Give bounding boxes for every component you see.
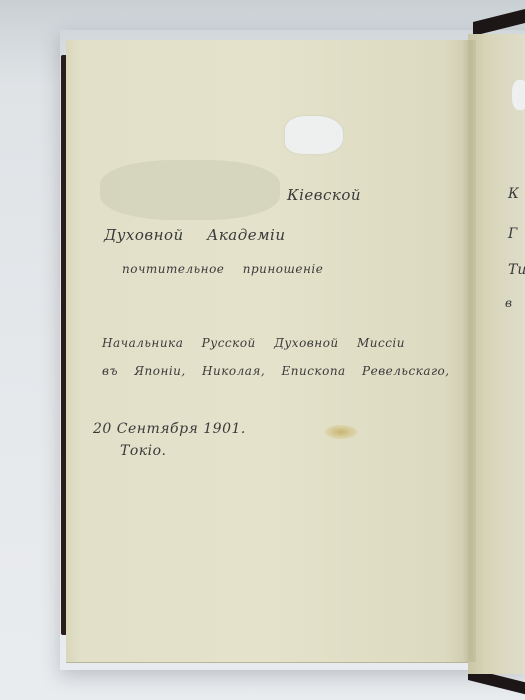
right-page — [468, 34, 525, 674]
inscription-line-offering: почтительное приношеніе — [122, 262, 323, 276]
inscription-date: 20 Сентября 1901. — [93, 421, 246, 437]
tape-residue — [285, 116, 343, 154]
right-page-fragment: Ти — [508, 262, 525, 278]
left-page — [66, 40, 468, 663]
inscription-line-recipient-2: Духовной Академіи — [104, 226, 286, 244]
right-page-fragment: в — [505, 296, 512, 310]
right-page-fragment: К — [508, 186, 519, 202]
page-gutter — [462, 40, 476, 662]
inscription-line-recipient-1: Кіевской — [287, 186, 361, 204]
paper-stain — [100, 160, 280, 220]
right-page-fragment: Г — [508, 226, 517, 242]
inscription-place: Токіо. — [120, 443, 166, 459]
inscription-line-author-1: Начальника Русской Духовной Миссіи — [102, 336, 405, 350]
foxing-spot — [325, 425, 357, 439]
tape-residue-right — [512, 80, 525, 110]
inscription-line-author-2: въ Японіи, Николая, Епископа Ревельскаго… — [102, 364, 450, 378]
